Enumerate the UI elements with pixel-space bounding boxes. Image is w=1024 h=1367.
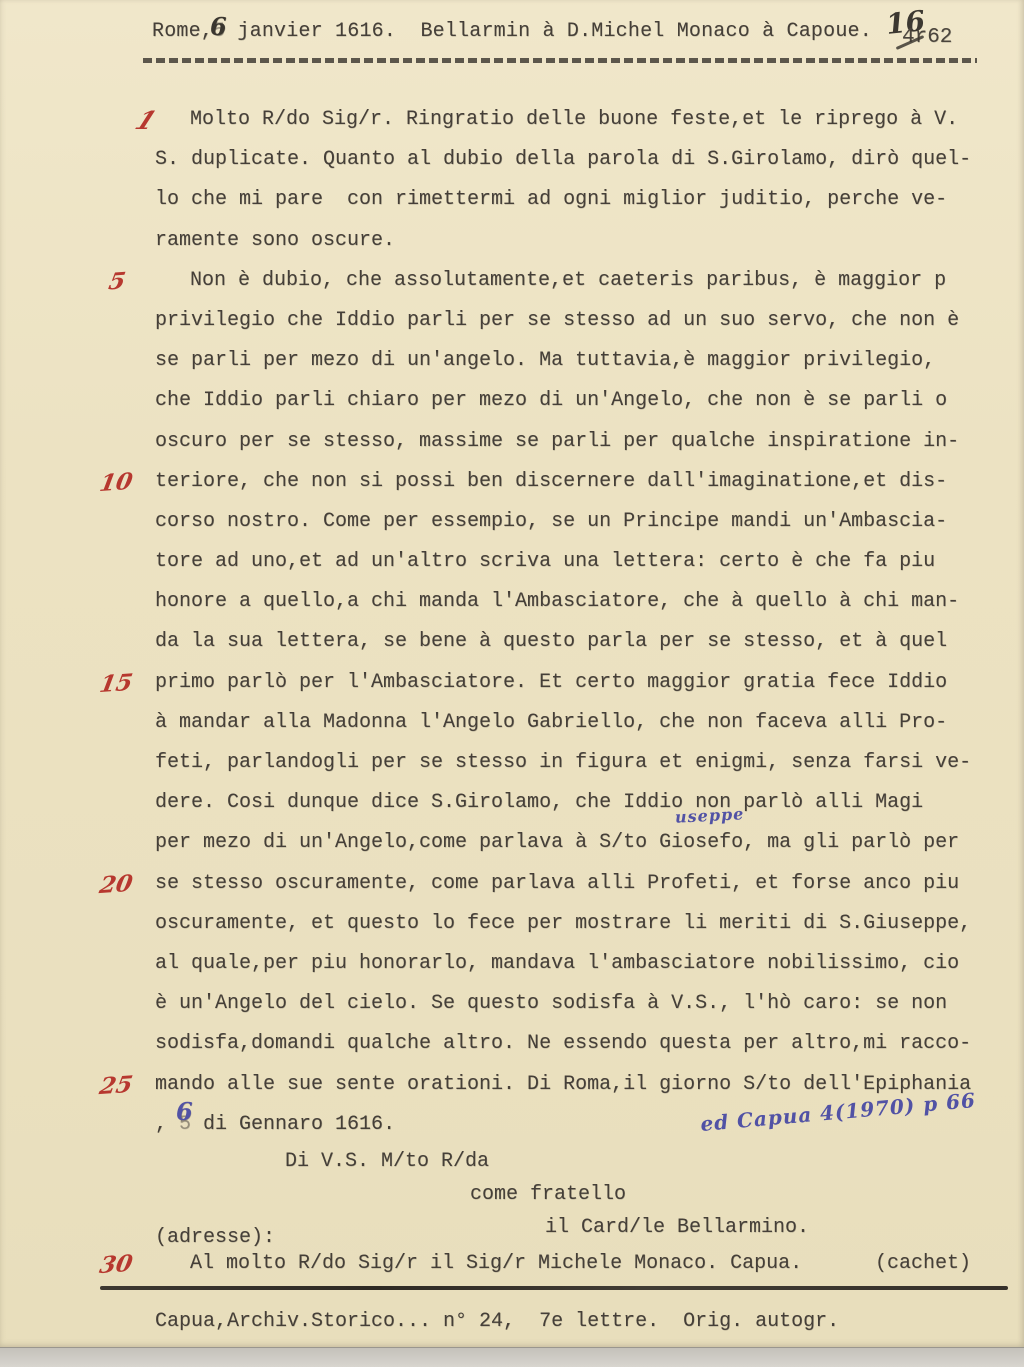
line-text: se stesso oscuramente, come parlava alli… <box>155 864 959 904</box>
line-text: come fratello <box>470 1178 626 1211</box>
footer-divider <box>100 1286 1008 1290</box>
letter-line: privilegio che Iddio parli per se stesso… <box>155 301 987 341</box>
letter-line: oscuramente, et questo lo fece per mostr… <box>155 904 987 944</box>
line-text: Non è dubio, che assolutamente,et caeter… <box>190 261 946 301</box>
heading-rest: janvier 1616. Bellarmin à D.Michel Monac… <box>225 20 872 43</box>
line-number: 20 <box>96 863 136 905</box>
line-number: 10 <box>96 462 136 504</box>
letter-line: honore a quello,a chi manda l'Ambasciato… <box>155 582 987 622</box>
letter-line: feti, parlandogli per se stesso in figur… <box>155 743 987 783</box>
letter-line: 5Non è dubio, che assolutamente,et caete… <box>155 261 987 301</box>
line-number: 1 <box>128 101 163 141</box>
line-text: oscuro per se stesso, massime se parli p… <box>155 422 959 462</box>
letter-line: è un'Angelo del cielo. Se questo sodisfa… <box>155 984 987 1024</box>
letter-line: S. duplicate. Quanto al dubio della paro… <box>155 140 987 180</box>
letter-body: 1Molto R/do Sig/r. Ringratio delle buone… <box>155 100 987 1284</box>
letter-line: da la sua lettera, se bene à questo parl… <box>155 622 987 662</box>
letter-line: oscuro per se stesso, massime se parli p… <box>155 422 987 462</box>
letter-heading: Rome,56 janvier 1616. Bellarmin à D.Mich… <box>152 20 872 43</box>
letter-line: à mandar alla Madonna l'Angelo Gabriello… <box>155 703 987 743</box>
line-text: teriore, che non si possi ben discernere… <box>155 462 947 502</box>
date-rest: di Gennaro 1616. <box>191 1113 395 1136</box>
letter-line: 15primo parlò per l'Ambasciatore. Et cer… <box>155 663 987 703</box>
letter-line: lo che mi pare con rimettermi ad ogni mi… <box>155 180 987 220</box>
line-text: honore a quello,a chi manda l'Ambasciato… <box>155 582 959 622</box>
letter-line: ramente sono oscure. <box>155 221 987 261</box>
line-text: corso nostro. Come per essempio, se un P… <box>155 502 947 542</box>
line-text: feti, parlandogli per se stesso in figur… <box>155 743 971 783</box>
line-text: sodisfa,domandi qualche altro. Ne essend… <box>155 1024 971 1064</box>
archive-reference: Capua,Archiv.Storico... n° 24, 7e lettre… <box>155 1310 839 1333</box>
line-text: oscuramente, et questo lo fece per mostr… <box>155 904 971 944</box>
letter-line: al quale,per piu honorarlo, mandava l'am… <box>155 944 987 984</box>
letter-page: Rome,56 janvier 1616. Bellarmin à D.Mich… <box>0 0 1024 1348</box>
scan-edge <box>0 1347 1024 1367</box>
letter-line: tore ad uno,et ad un'altro scriva una le… <box>155 542 987 582</box>
letter-line: dere. Cosi dunque dice S.Girolamo, che I… <box>155 783 987 823</box>
line-text: privilegio che Iddio parli per se stesso… <box>155 301 959 341</box>
line-text: al quale,per piu honorarlo, mandava l'am… <box>155 944 959 984</box>
line-text: se parli per mezo di un'angelo. Ma tutta… <box>155 341 935 381</box>
line-number: 30 <box>96 1244 136 1286</box>
cachet-note: (cachet) <box>875 1244 971 1284</box>
line-text: lo che mi pare con rimettermi ad ogni mi… <box>155 180 947 220</box>
letter-line: se parli per mezo di un'angelo. Ma tutta… <box>155 341 987 381</box>
line-text: S. duplicate. Quanto al dubio della paro… <box>155 140 971 180</box>
line-text: il Card/le Bellarmino. <box>545 1211 809 1244</box>
letter-line: il Card/le Bellarmino.(adresse): <box>155 1211 987 1244</box>
line-text: per mezo di un'Angelo,come parlava à S/t… <box>155 823 959 863</box>
line-text: ramente sono oscure. <box>155 221 395 261</box>
line-text: è un'Angelo del cielo. Se questo sodisfa… <box>155 984 947 1024</box>
line-text: tore ad uno,et ad un'altro scriva una le… <box>155 542 935 582</box>
dashed-divider <box>143 58 977 63</box>
line-number: 25 <box>96 1064 136 1106</box>
letter-line: Di V.S. M/to R/da <box>155 1145 987 1178</box>
handwritten-day-correction: 6 <box>210 15 227 39</box>
typed-folio: 4r62 <box>902 26 952 49</box>
line-text: , 56 di Gennaro 1616. <box>155 1105 395 1145</box>
handwritten-annotation: useppe <box>675 807 745 827</box>
letter-line: corso nostro. Come per essempio, se un P… <box>155 502 987 542</box>
line-text: Al molto R/do Sig/r il Sig/r Michele Mon… <box>190 1244 802 1284</box>
handwritten-day-correction: 6 <box>176 1100 193 1124</box>
line-text: Molto R/do Sig/r. Ringratio delle buone … <box>190 100 958 140</box>
letter-line: sodisfa,domandi qualche altro. Ne essend… <box>155 1024 987 1064</box>
letter-line: 10teriore, che non si possi ben discerne… <box>155 462 987 502</box>
line-text: primo parlò per l'Ambasciatore. Et certo… <box>155 663 947 703</box>
letter-line: , 56 di Gennaro 1616.ed Capua 4(1970) p … <box>155 1105 987 1145</box>
line-text: che Iddio parli chiaro per mezo di un'An… <box>155 381 947 421</box>
letter-line: 1Molto R/do Sig/r. Ringratio delle buone… <box>155 100 987 140</box>
letter-line: come fratello <box>155 1178 987 1211</box>
letter-line: 30Al molto R/do Sig/r il Sig/r Michele M… <box>155 1244 987 1284</box>
overwritten-day: 56 <box>179 1105 191 1145</box>
letter-line: 20se stesso oscuramente, come parlava al… <box>155 864 987 904</box>
letter-line: per mezo di un'Angelo,come parlava à S/t… <box>155 823 987 863</box>
overwritten-day: 56 <box>213 20 225 43</box>
line-text: dere. Cosi dunque dice S.Girolamo, che I… <box>155 783 923 823</box>
letter-line: che Iddio parli chiaro per mezo di un'An… <box>155 381 987 421</box>
line-text: Di V.S. M/to R/da <box>285 1145 489 1178</box>
line-text: à mandar alla Madonna l'Angelo Gabriello… <box>155 703 947 743</box>
line-number: 15 <box>96 663 136 705</box>
heading-place: Rome, <box>152 20 213 43</box>
line-number: 5 <box>105 261 128 302</box>
line-text: da la sua lettera, se bene à questo parl… <box>155 622 947 662</box>
